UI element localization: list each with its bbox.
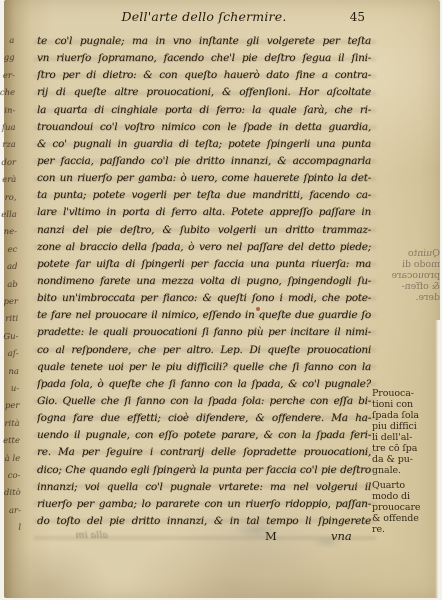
body-text-line: la quarta di cinghiale porta di ferro: l… <box>37 102 371 119</box>
edge-text-fragment: ditò <box>4 488 21 498</box>
body-text-line: nondimeno farete una mezza volta di pugn… <box>37 273 371 290</box>
body-text-line: rij di queſte altre prouocationi, & offe… <box>37 84 371 101</box>
body-text-line: quale tenete uoi per le piu difficili? q… <box>37 359 371 376</box>
margin-note-line: piu diffici <box>372 421 440 432</box>
edge-text-fragment: ella <box>1 210 17 220</box>
margin-note-provocationi: Prouoca-tioni conſpada ſolapiu difficili… <box>372 388 440 476</box>
edge-text-fragment: che <box>0 88 15 98</box>
body-text-line: pradette: le quali prouocationi ſi fanno… <box>37 324 371 341</box>
edge-text-fragment: ſua <box>2 123 16 133</box>
margin-note-line: prouocare <box>372 270 440 281</box>
running-header: Dell'arte dello ſchermire. 45 <box>37 9 371 29</box>
ink-smudge <box>234 522 280 538</box>
edge-text-fragment: per <box>3 297 18 307</box>
edge-text-fragment: co- <box>8 471 21 481</box>
edge-text-fragment: erà <box>2 175 16 185</box>
body-text-line: uendo il pugnale, con eſſo potete parare… <box>37 427 371 444</box>
margin-note-line: Prouoca- <box>372 388 440 399</box>
body-text-line: ta punta; potete vogerli per teſta due m… <box>37 187 371 204</box>
body-text-line: innanzi; voi quella co'l pugnale vrtaret… <box>37 479 371 496</box>
edge-text-fragment: ro, <box>5 193 17 203</box>
edge-text-fragment: u- <box>11 384 19 394</box>
edge-text-fragment: riti <box>5 314 18 324</box>
margin-note-line: Quarto <box>372 480 440 491</box>
margin-note-line: & offende <box>372 513 440 524</box>
margin-note-line: dere. <box>372 292 440 303</box>
margin-note-line: tre cō ſpa <box>372 443 440 454</box>
margin-note-line: modo di <box>372 259 440 270</box>
edge-text-fragment: a <box>9 36 14 46</box>
margin-note-line: tioni con <box>372 399 440 410</box>
body-text-line: ſpada ſola, ò queſte che ſi fanno con la… <box>37 376 371 393</box>
body-text-line: ſtro per di dietro: & con queſto hauerò … <box>37 67 371 84</box>
edge-text-fragment: à le <box>5 453 21 463</box>
margin-note-line: da & pu- <box>372 454 440 465</box>
body-text-line: Gio. Quelle che ſi fanno con la ſpada ſo… <box>37 393 371 410</box>
body-text-line: do toſto del pie dritto innanzi, & in ta… <box>37 513 371 530</box>
body-text-line: dico; Che quando egli ſpingerà la punta … <box>37 462 371 479</box>
ink-smudge <box>312 536 342 548</box>
body-text-line: bito un'imbroccata per fianco: & queſti … <box>37 290 371 307</box>
body-text-line: trouandoui co'l voſtro nimico con le ſpa… <box>37 119 371 136</box>
edge-text-fragment: ec <box>7 245 17 255</box>
bleedthrough-fragment: alla im <box>48 530 108 541</box>
edge-text-fragment: ad <box>7 262 18 272</box>
body-text-line: potete far uiſta di ſpingerli per faccia… <box>37 256 371 273</box>
edge-text-fragment: er- <box>3 71 15 81</box>
margin-note-line: re. <box>372 524 440 535</box>
page-right-edge <box>435 320 440 598</box>
ink-speck <box>256 307 260 311</box>
margin-note-line: prouocare <box>372 502 440 513</box>
body-text-line: con un riuerſo per gamba: ò uero, come h… <box>37 170 371 187</box>
edge-text-fragment: ab <box>7 280 18 290</box>
body-text-line: ſogna fare due effetti; cioè difendere, … <box>37 410 371 427</box>
edge-text-fragment: ne- <box>4 227 18 237</box>
body-text-line: vn riuerſo ſopramano, facendo che'l pie … <box>37 50 371 67</box>
edge-text-fragment: in- <box>4 106 15 116</box>
margin-note-line: ſpada ſola <box>372 410 440 421</box>
margin-note-bleedthrough: Quintomodo diprouocare& offen-dere. <box>372 248 440 303</box>
body-text-line: co al reſpondere, che per altro. Lep. Di… <box>37 342 371 359</box>
margin-note-line: & offen- <box>372 281 440 292</box>
edge-text-fragment: aſ- <box>8 349 19 359</box>
margin-note-line: modo di <box>372 491 440 502</box>
body-text-line: re. Ma per ſeguire i contrarij delle ſop… <box>37 444 371 461</box>
edge-text-fragment: rità <box>4 419 19 429</box>
book-page-scan: Dell'arte dello ſchermire. 45 te co'l pu… <box>0 0 442 600</box>
margin-note-line: gnale. <box>372 465 440 476</box>
body-text-block: te co'l pugnale; ma in vno inſtante gli … <box>37 33 371 530</box>
edge-text-fragment: gg <box>4 53 15 63</box>
margin-note-quarto: Quartomodo diprouocare& offendere. <box>372 480 440 535</box>
edge-text-fragment: l <box>18 523 21 533</box>
page-number: 45 <box>350 10 365 24</box>
margin-note-line: Quinto <box>372 248 440 259</box>
body-text-line: te fare nel prouocare il nimico, eſſendo… <box>37 307 371 324</box>
edge-text-fragment: rza <box>2 140 16 150</box>
edge-text-fragment: per <box>5 401 20 411</box>
body-text-line: zone al braccio della ſpada, ò vero nel … <box>37 239 371 256</box>
edge-text-fragment: Gu- <box>3 332 18 342</box>
body-text-line: per faccia, paſſando co'l pie dritto inn… <box>37 153 371 170</box>
running-title: Dell'arte dello ſchermire. <box>37 9 371 24</box>
body-text-line: & co' pugnali in guardia di teſta; potet… <box>37 136 371 153</box>
body-text-line: nanzi del pie deſtro, & ſubito volgerli … <box>37 222 371 239</box>
page-paper: Dell'arte dello ſchermire. 45 te co'l pu… <box>4 0 440 598</box>
edge-text-fragment: ette <box>3 436 20 446</box>
body-text-line: lare l'vltimo in porta di ferro alta. Po… <box>37 204 371 221</box>
edge-text-fragment: dor <box>1 158 16 168</box>
edge-text-fragment: ar- <box>9 506 21 516</box>
edge-text-fragment: na <box>8 366 19 376</box>
body-text-line: riuerſo per gamba; lo pararete con un ri… <box>37 496 371 513</box>
body-text-line: te co'l pugnale; ma in vno inſtante gli … <box>37 33 371 50</box>
margin-note-line: li dell'al- <box>372 432 440 443</box>
facing-page-edge-fragments: agger-chein-ſuarzadoreràro,ellane-ecadab… <box>0 30 23 570</box>
